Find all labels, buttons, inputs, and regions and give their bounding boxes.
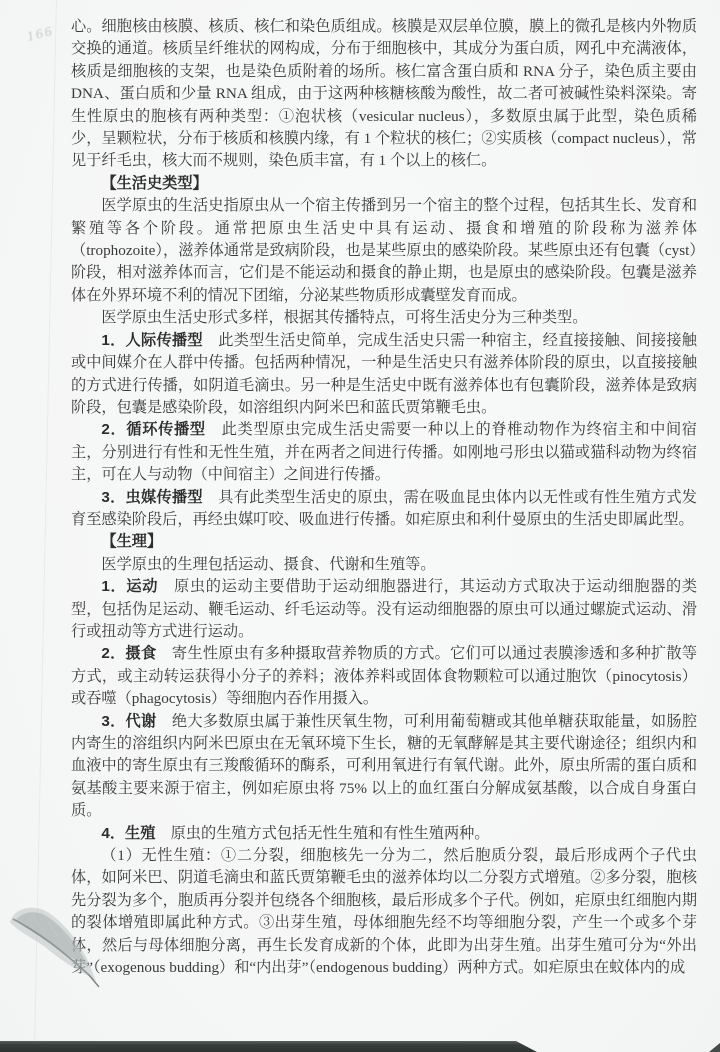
text-run: 寄生性原虫有多种摄取营养物质的方式。它们可以通过表膜渗透和多种扩散等方式，或主动… — [71, 645, 697, 707]
paragraph: 医学原虫的生活史指原虫从一个宿主传播到另一个宿主的整个过程，包括其生长、发育和繁… — [71, 195, 697, 307]
paragraph: 2．摄食 寄生性原虫有多种摄取营养物质的方式。它们可以通过表膜渗透和多种扩散等方… — [71, 643, 697, 710]
feather-vane-inner — [16, 912, 88, 966]
scanned-textbook-screenshot: { "page": { "handwritten_note": "166", "… — [0, 0, 720, 1052]
bold-run: 3．代谢 — [101, 713, 156, 730]
paragraph: 医学原虫生活史形式多样，根据其传播特点，可将生活史分为三种类型。 — [71, 307, 697, 329]
bold-run: 1．运动 — [101, 578, 158, 595]
text-run: 医学原虫生活史形式多样，根据其传播特点，可将生活史分为三种类型。 — [101, 309, 587, 326]
paragraph: 医学原虫的生理包括运动、摄食、代谢和生殖等。 — [71, 554, 697, 576]
paragraph: 1．人际传播型 此类型生活史简单，完成生活史只需一种宿主，经直接接触、间接接触或… — [71, 330, 697, 420]
text-run: 原虫的运动主要借助于运动细胞器进行，其运动方式取决于运动细胞器的类型，包括伪足运… — [71, 578, 697, 640]
bold-run: 2．循环传播型 — [101, 421, 205, 438]
bold-run: 3．虫媒传播型 — [101, 489, 202, 506]
scan-crease-line — [34, 0, 57, 1052]
section-heading: 【生活史类型】 — [71, 173, 697, 195]
text-run: 医学原虫的生理包括运动、摄食、代谢和生殖等。 — [101, 556, 435, 573]
bold-run: 【生理】 — [101, 533, 162, 550]
text-run: （1）无性生殖：①二分裂，细胞核先一分为二，然后胞质分裂，最后形成两个子代虫体，… — [71, 847, 697, 976]
text-run: 医学原虫的生活史指原虫从一个宿主传播到另一个宿主的整个过程，包括其生长、发育和繁… — [71, 197, 697, 304]
bold-run: 【生活史类型】 — [101, 175, 207, 192]
paragraph: 2．循环传播型 此类型原虫完成生活史需要一种以上的脊椎动物作为终宿主和中间宿主，… — [71, 419, 697, 486]
section-heading: 【生理】 — [71, 531, 697, 553]
feather-watermark — [2, 900, 106, 996]
paragraph: 3．虫媒传播型 具有此类型生活史的原虫，需在吸血昆虫体内以无性或有性生殖方式发育… — [71, 487, 697, 532]
page-text: 心。细胞核由核膜、核质、核仁和染色质组成。核膜是双层单位膜，膜上的微孔是核内外物… — [71, 16, 697, 979]
book-page: 166 心。细胞核由核膜、核质、核仁和染色质组成。核膜是双层单位膜，膜上的微孔是… — [0, 0, 720, 1052]
paragraph: 4．生殖 原虫的生殖方式包括无性生殖和有性生殖两种。 — [71, 823, 697, 845]
paragraph: 心。细胞核由核膜、核质、核仁和染色质组成。核膜是双层单位膜，膜上的微孔是核内外物… — [71, 16, 697, 173]
handwritten-page-note: 166 — [25, 24, 55, 46]
paragraph: （1）无性生殖：①二分裂，细胞核先一分为二，然后胞质分裂，最后形成两个子代虫体，… — [71, 845, 697, 979]
text-run: 绝大多数原虫属于兼性厌氧生物，可利用葡萄糖或其他单糖获取能量，如肠腔内寄生的溶组… — [71, 713, 697, 820]
scan-edge-bar — [0, 1041, 537, 1052]
text-run: 原虫的生殖方式包括无性生殖和有性生殖两种。 — [155, 825, 489, 842]
bold-run: 4．生殖 — [101, 825, 155, 842]
bold-run: 2．摄食 — [101, 645, 156, 662]
scan-corner-mark — [709, 1043, 720, 1052]
text-run: 心。细胞核由核膜、核质、核仁和染色质组成。核膜是双层单位膜，膜上的微孔是核内外物… — [71, 18, 697, 169]
paragraph: 1．运动 原虫的运动主要借助于运动细胞器进行，其运动方式取决于运动细胞器的类型，… — [71, 576, 697, 643]
bold-run: 1．人际传播型 — [101, 332, 202, 349]
paragraph: 3．代谢 绝大多数原虫属于兼性厌氧生物，可利用葡萄糖或其他单糖获取能量，如肠腔内… — [71, 711, 697, 823]
